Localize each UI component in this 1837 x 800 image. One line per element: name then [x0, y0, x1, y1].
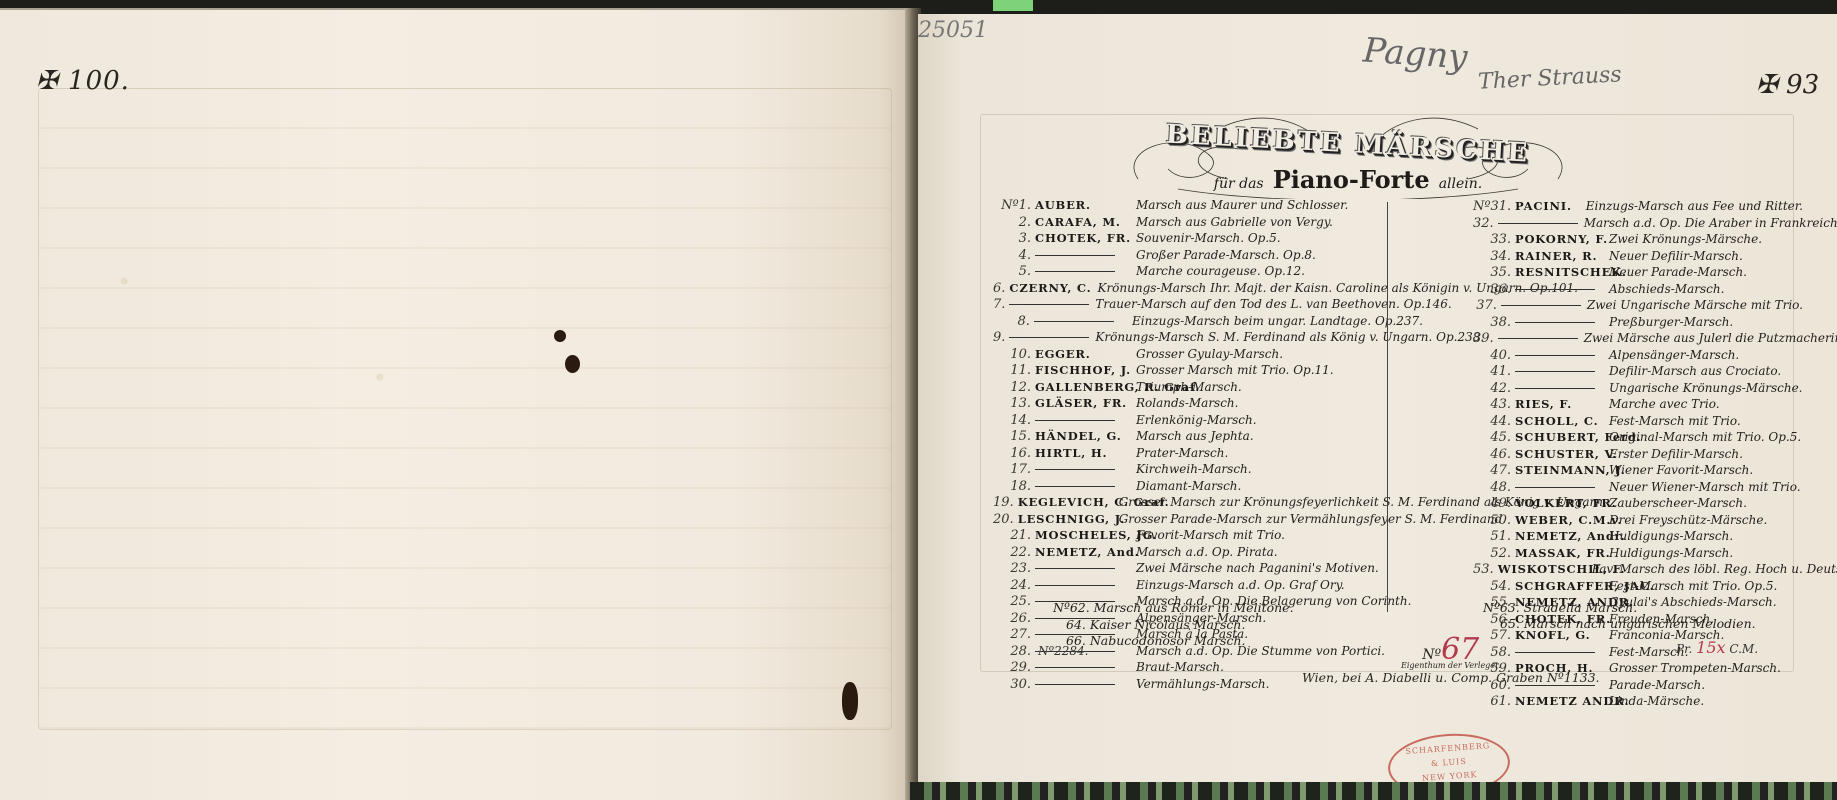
list-item: 38.Preßburger-Marsch. [1473, 311, 1803, 328]
work-title: Diamant-Marsch. [1136, 479, 1241, 493]
list-item: 33.POKORNY, F.Zwei Krönungs-Märsche. [1473, 228, 1803, 245]
entry-number: 47. [1473, 463, 1515, 478]
additional-entry: 66. Nabucodonosor Marsch. [1066, 633, 1245, 648]
work-title: Abschieds-Marsch. [1609, 282, 1724, 296]
work-title: Zwei Märsche aus Julerl die Putzmacherin… [1584, 331, 1837, 345]
entry-number: 17. [993, 462, 1035, 477]
entry-number: 12. [993, 380, 1035, 395]
work-title: Marsch aus Gabrielle von Vergy. [1136, 215, 1333, 229]
work-title: Grosser Parade-Marsch zur Vermählungsfey… [1119, 512, 1506, 526]
work-title: Einzugs-Marsch beim ungar. Landtage. Op.… [1132, 314, 1423, 328]
additional-entry: 64. Kaiser Nicolaus Marsch. [1066, 617, 1245, 632]
entry-number: 21. [993, 528, 1035, 543]
entry-number: 6. [993, 281, 1009, 296]
entry-number: 33. [1473, 232, 1515, 247]
owner-note: Eigenthum der Verleger. [1302, 661, 1600, 670]
entry-number: 34. [1473, 249, 1515, 264]
work-title: Zwei Ungarische Märsche mit Trio. [1587, 298, 1803, 312]
ditto-line [1035, 667, 1115, 668]
entry-number: 30. [993, 677, 1035, 692]
work-title: Zwei Märsche nach Paganini's Motiven. [1136, 561, 1379, 575]
work-title: Alpensänger-Marsch. [1609, 348, 1739, 362]
entry-number: Nº1. [993, 198, 1035, 213]
list-item: 61.NEMETZ ANDR.Linda-Märsche. [1473, 690, 1803, 707]
entry-number: 9. [993, 330, 1009, 345]
list-item: 6.CZERNY, C.Krönungs-Marsch Ihr. Majt. d… [993, 277, 1423, 294]
list-item: 9.Krönungs-Marsch S. M. Ferdinand als Kö… [993, 326, 1423, 343]
entry-number: 13. [993, 396, 1035, 411]
composer-cell [1035, 673, 1130, 692]
work-title: Vermählungs-Marsch. [1136, 677, 1269, 691]
list-item: 19.KEGLEVICH, C. Graf.Grosser Marsch zur… [993, 491, 1423, 508]
entry-number: 15. [993, 429, 1035, 444]
work-title: Fav. Marsch des löbl. Reg. Hoch u. Deuts… [1592, 562, 1837, 576]
right-page: 25051 Pagny Ther Strauss ✠ 93 BELIEBTE M… [918, 14, 1837, 782]
list-item: Nº1.AUBER.Marsch aus Maurer und Schlosse… [993, 194, 1423, 211]
left-page: ✠ 100. [0, 8, 915, 800]
list-item: 34.RAINER, R.Neuer Defilir-Marsch. [1473, 245, 1803, 262]
pencil-note: Ther Strauss [1477, 62, 1622, 94]
entry-number: 14. [993, 413, 1035, 428]
work-title: Fest-Marsch mit Trio. [1609, 414, 1741, 428]
ditto-line [1034, 321, 1114, 322]
entry-number: 7. [993, 297, 1009, 312]
list-item: 11.FISCHHOF, J.Grosser Marsch mit Trio. … [993, 359, 1423, 376]
work-title: Zauberscheer-Marsch. [1609, 496, 1747, 510]
entry-number: 44. [1473, 414, 1515, 429]
list-item: 44.SCHOLL, C.Fest-Marsch mit Trio. [1473, 410, 1803, 427]
ditto-line [1498, 223, 1578, 224]
work-title: Preßburger-Marsch. [1609, 315, 1733, 329]
publisher-imprint: Nº67 Eigenthum der Verleger. Wien, bei A… [1302, 632, 1600, 685]
entry-number: 28. [993, 644, 1035, 659]
list-item: 18.Diamant-Marsch. [993, 475, 1423, 492]
work-title: Fest-Marsch mit Trio. Op.5. [1609, 579, 1777, 593]
list-item: 51.NEMETZ, Andr.Huldigungs-Marsch. [1473, 525, 1803, 542]
entry-number: 19. [993, 495, 1018, 510]
list-item: 52.MASSAK, FR.Huldigungs-Marsch. [1473, 542, 1803, 559]
work-title: Marsch a.d. Op. Pirata. [1136, 545, 1278, 559]
work-title: Triumph-Marsch. [1136, 380, 1242, 394]
list-item: 40.Alpensänger-Marsch. [1473, 344, 1803, 361]
entry-number: 42. [1473, 381, 1515, 396]
ditto-line [1498, 338, 1578, 339]
publisher-address: Wien, bei A. Diabelli u. Comp. Graben Nº… [1302, 670, 1600, 685]
shelfmark-left: ✠ 100. [36, 66, 130, 96]
work-title: Trauer-Marsch auf den Tod des L. van Bee… [1095, 297, 1451, 311]
list-item: 47.STEINMANN, J.Wiener Favorit-Marsch. [1473, 459, 1803, 476]
list-item: 48.Neuer Wiener-Marsch mit Trio. [1473, 476, 1803, 493]
entry-number: 46. [1473, 447, 1515, 462]
list-item: 12.GALLENBERG, R. Graf.Triumph-Marsch. [993, 376, 1423, 393]
list-item: 14.Erlenkönig-Marsch. [993, 409, 1423, 426]
list-item: 2.CARAFA, M.Marsch aus Gabrielle von Ver… [993, 211, 1423, 228]
list-item: 7.Trauer-Marsch auf den Tod des L. van B… [993, 293, 1423, 310]
work-title: Marsch aus Maurer und Schlosser. [1136, 198, 1348, 212]
list-item: 41.Defilir-Marsch aus Crociato. [1473, 360, 1803, 377]
subtitle-suffix: allein. [1439, 176, 1483, 192]
work-title: Großer Parade-Marsch. Op.8. [1136, 248, 1316, 262]
work-title: Krönungs-Marsch S. M. Ferdinand als Köni… [1095, 330, 1484, 344]
entry-number: 41. [1473, 364, 1515, 379]
column-divider [1387, 202, 1388, 612]
work-title: Einzugs-Marsch a.d. Op. Graf Ory. [1136, 578, 1345, 592]
ink-spot [842, 682, 858, 720]
work-title: Drei Freyschütz-Märsche. [1609, 513, 1767, 527]
work-title: Grosser Marsch mit Trio. Op.11. [1136, 363, 1334, 377]
ditto-line [1009, 337, 1089, 338]
list-item: Nº31.PACINI.Einzugs-Marsch aus Fee und R… [1473, 195, 1803, 212]
list-item: 49.VOLKERT, FR.Zauberscheer-Marsch. [1473, 492, 1803, 509]
ditto-line [1035, 486, 1115, 487]
binding-bottom [910, 782, 1837, 800]
entry-number: 20. [993, 512, 1018, 527]
ditto-line [1501, 305, 1581, 306]
entry-number: 2. [993, 215, 1035, 230]
work-title: Huldigungs-Marsch. [1609, 529, 1733, 543]
entry-number: 3. [993, 231, 1035, 246]
entry-number: 39. [1473, 331, 1498, 346]
list-item: 54.SCHGRAFFER, JAC.Fest-Marsch mit Trio.… [1473, 575, 1803, 592]
work-title: Huldigungs-Marsch. [1609, 546, 1733, 560]
list-item: 3.CHOTEK, FR.Souvenir-Marsch. Op.5. [993, 227, 1423, 244]
work-title: Souvenir-Marsch. Op.5. [1136, 231, 1281, 245]
ditto-line [1515, 322, 1595, 323]
entry-number: 29. [993, 660, 1035, 675]
subtitle-instrument: Piano-Forte [1273, 165, 1430, 194]
ditto-line [1035, 568, 1115, 569]
list-item: 4.Großer Parade-Marsch. Op.8. [993, 244, 1423, 261]
work-title: Kirchweih-Marsch. [1136, 462, 1252, 476]
work-title: Ungarische Krönungs-Märsche. [1609, 381, 1802, 395]
entry-number: 54. [1473, 579, 1515, 594]
list-item: 15.HÄNDEL, G.Marsch aus Jephta. [993, 425, 1423, 442]
ink-spot [565, 355, 580, 373]
ditto-line [1035, 684, 1115, 685]
list-item: 21.MOSCHELES, JG.Favorit-Marsch mit Trio… [993, 524, 1423, 541]
entry-number: 11. [993, 363, 1035, 378]
pencil-note: Pagny [1362, 30, 1469, 77]
list-item: 23.Zwei Märsche nach Paganini's Motiven. [993, 557, 1423, 574]
price-prefix: Pr. [1676, 642, 1692, 656]
shelfmark-right: ✠ 93 [1756, 70, 1819, 100]
entry-number: 25. [993, 594, 1035, 609]
composer-cell: NEMETZ ANDR. [1515, 690, 1603, 709]
work-title: Linda-Märsche. [1609, 694, 1704, 708]
entry-number: 16. [993, 446, 1035, 461]
ditto-line [1009, 304, 1089, 305]
additional-entry: Nº62. Marsch aus Römer in Melitone. [1053, 600, 1294, 615]
work-title: Favorit-Marsch mit Trio. [1136, 528, 1285, 542]
plate-number: Nº2284. [1038, 644, 1089, 658]
entry-number: 10. [993, 347, 1035, 362]
list-item: 20.LESCHNIGG, J.Grosser Parade-Marsch zu… [993, 508, 1423, 525]
work-title: Erlenkönig-Marsch. [1136, 413, 1257, 427]
entry-number: 23. [993, 561, 1035, 576]
ditto-line [1035, 271, 1115, 272]
work-title: Wiener Favorit-Marsch. [1609, 463, 1753, 477]
list-item: 43.RIES, F.Marche avec Trio. [1473, 393, 1803, 410]
work-title: Prater-Marsch. [1136, 446, 1228, 460]
entry-number: 61. [1473, 694, 1515, 709]
ditto-line [1035, 420, 1115, 421]
work-title: Neuer Wiener-Marsch mit Trio. [1609, 480, 1801, 494]
work-title: Marsch a.d. Op. Die Araber in Frankreich… [1584, 216, 1837, 230]
entry-number: 32. [1473, 216, 1498, 231]
list-item: 17.Kirchweih-Marsch. [993, 458, 1423, 475]
entry-number: 22. [993, 545, 1035, 560]
work-title: Original-Marsch mit Trio. Op.5. [1609, 430, 1801, 444]
entry-number: 40. [1473, 348, 1515, 363]
list-item: 10.EGGER.Grosser Gyulay-Marsch. [993, 343, 1423, 360]
work-title: Zwei Krönungs-Märsche. [1609, 232, 1762, 246]
plate-impression [38, 88, 892, 730]
entry-number: 27. [993, 627, 1035, 642]
ink-spot [554, 330, 566, 342]
list-item: 8.Einzugs-Marsch beim ungar. Landtage. O… [993, 310, 1423, 327]
work-title: Braut-Marsch. [1136, 660, 1224, 674]
show-through-notation [39, 89, 891, 729]
list-item: 5.Marche courageuse. Op.12. [993, 260, 1423, 277]
list-item: 32.Marsch a.d. Op. Die Araber in Frankre… [1473, 212, 1803, 229]
entry-number: 4. [993, 248, 1035, 263]
work-title: Erster Defilir-Marsch. [1609, 447, 1743, 461]
work-title: Einzugs-Marsch aus Fee und Ritter. [1586, 199, 1803, 213]
green-marker-tab [993, 0, 1033, 11]
list-item: 53.WISKOTSCHIL, F.Fav. Marsch des löbl. … [1473, 558, 1803, 575]
entry-number: 37. [1473, 298, 1501, 313]
ditto-line [1035, 585, 1115, 586]
work-title: Grosser Gyulay-Marsch. [1136, 347, 1283, 361]
list-item: 42.Ungarische Krönungs-Märsche. [1473, 377, 1803, 394]
price-suffix: C.M. [1729, 642, 1758, 656]
work-title: Marche avec Trio. [1609, 397, 1720, 411]
archive-number: 25051 [918, 18, 988, 43]
ditto-line [1515, 355, 1595, 356]
work-title: Parade-Marsch. [1609, 678, 1705, 692]
title-block: BELIEBTE MÄRSCHE für das Piano-Forte all… [1118, 109, 1578, 199]
entry-number: 49. [1473, 496, 1515, 511]
work-title: Marche courageuse. Op.12. [1136, 264, 1305, 278]
list-item: 22.NEMETZ, And.Marsch a.d. Op. Pirata. [993, 541, 1423, 558]
entry-number: 45. [1473, 430, 1515, 445]
book-spread: ✠ 100. 25051 Pagny Ther Strauss ✠ 93 [0, 0, 1837, 800]
list-item: 46.SCHUSTER, V.Erster Defilir-Marsch. [1473, 443, 1803, 460]
work-title: Neuer Defilir-Marsch. [1609, 249, 1743, 263]
entry-number: 48. [1473, 480, 1515, 495]
work-title: Rolands-Marsch. [1136, 396, 1238, 410]
additional-entry: 65. Marsch nach ungarischen Melodien. [1500, 616, 1756, 631]
entry-number: 50. [1473, 513, 1515, 528]
list-item: 45.SCHUBERT, Ferd.Original-Marsch mit Tr… [1473, 426, 1803, 443]
ditto-line [1515, 388, 1595, 389]
work-title: Grosser Trompeten-Marsch. [1609, 661, 1781, 675]
entry-number: 24. [993, 578, 1035, 593]
subtitle-prefix: für das [1214, 176, 1264, 192]
list-item: 24.Einzugs-Marsch a.d. Op. Graf Ory. [993, 574, 1423, 591]
list-item: 35.RESNITSCHEK.Neuer Parade-Marsch. [1473, 261, 1803, 278]
list-item: 37.Zwei Ungarische Märsche mit Trio. [1473, 294, 1803, 311]
entry-number: 35. [1473, 265, 1515, 280]
work-title: Neuer Parade-Marsch. [1609, 265, 1747, 279]
ditto-line [1515, 289, 1595, 290]
list-item: 50.WEBER, C.M.v.Drei Freyschütz-Märsche. [1473, 509, 1803, 526]
entry-number: 43. [1473, 397, 1515, 412]
ditto-line [1515, 371, 1595, 372]
entry-number: 53. [1473, 562, 1498, 577]
list-item: 36.Abschieds-Marsch. [1473, 278, 1803, 295]
ditto-line [1515, 487, 1595, 488]
list-item: 16.HIRTL, H.Prater-Marsch. [993, 442, 1423, 459]
ditto-line [1035, 255, 1115, 256]
price: Pr. 15x C.M. [1676, 638, 1758, 657]
entry-number: 26. [993, 611, 1035, 626]
price-value: 15x [1696, 638, 1725, 657]
work-title: Defilir-Marsch aus Crociato. [1609, 364, 1781, 378]
subtitle: für das Piano-Forte allein. [1118, 165, 1578, 194]
additional-entry: Nº63. Stradella Marsch. [1483, 600, 1637, 615]
entry-number: 51. [1473, 529, 1515, 544]
ditto-line [1035, 469, 1115, 470]
work-title: Marsch aus Jephta. [1136, 429, 1254, 443]
list-item: 13.GLÄSER, FR.Rolands-Marsch. [993, 392, 1423, 409]
list-item: 39.Zwei Märsche aus Julerl die Putzmache… [1473, 327, 1803, 344]
